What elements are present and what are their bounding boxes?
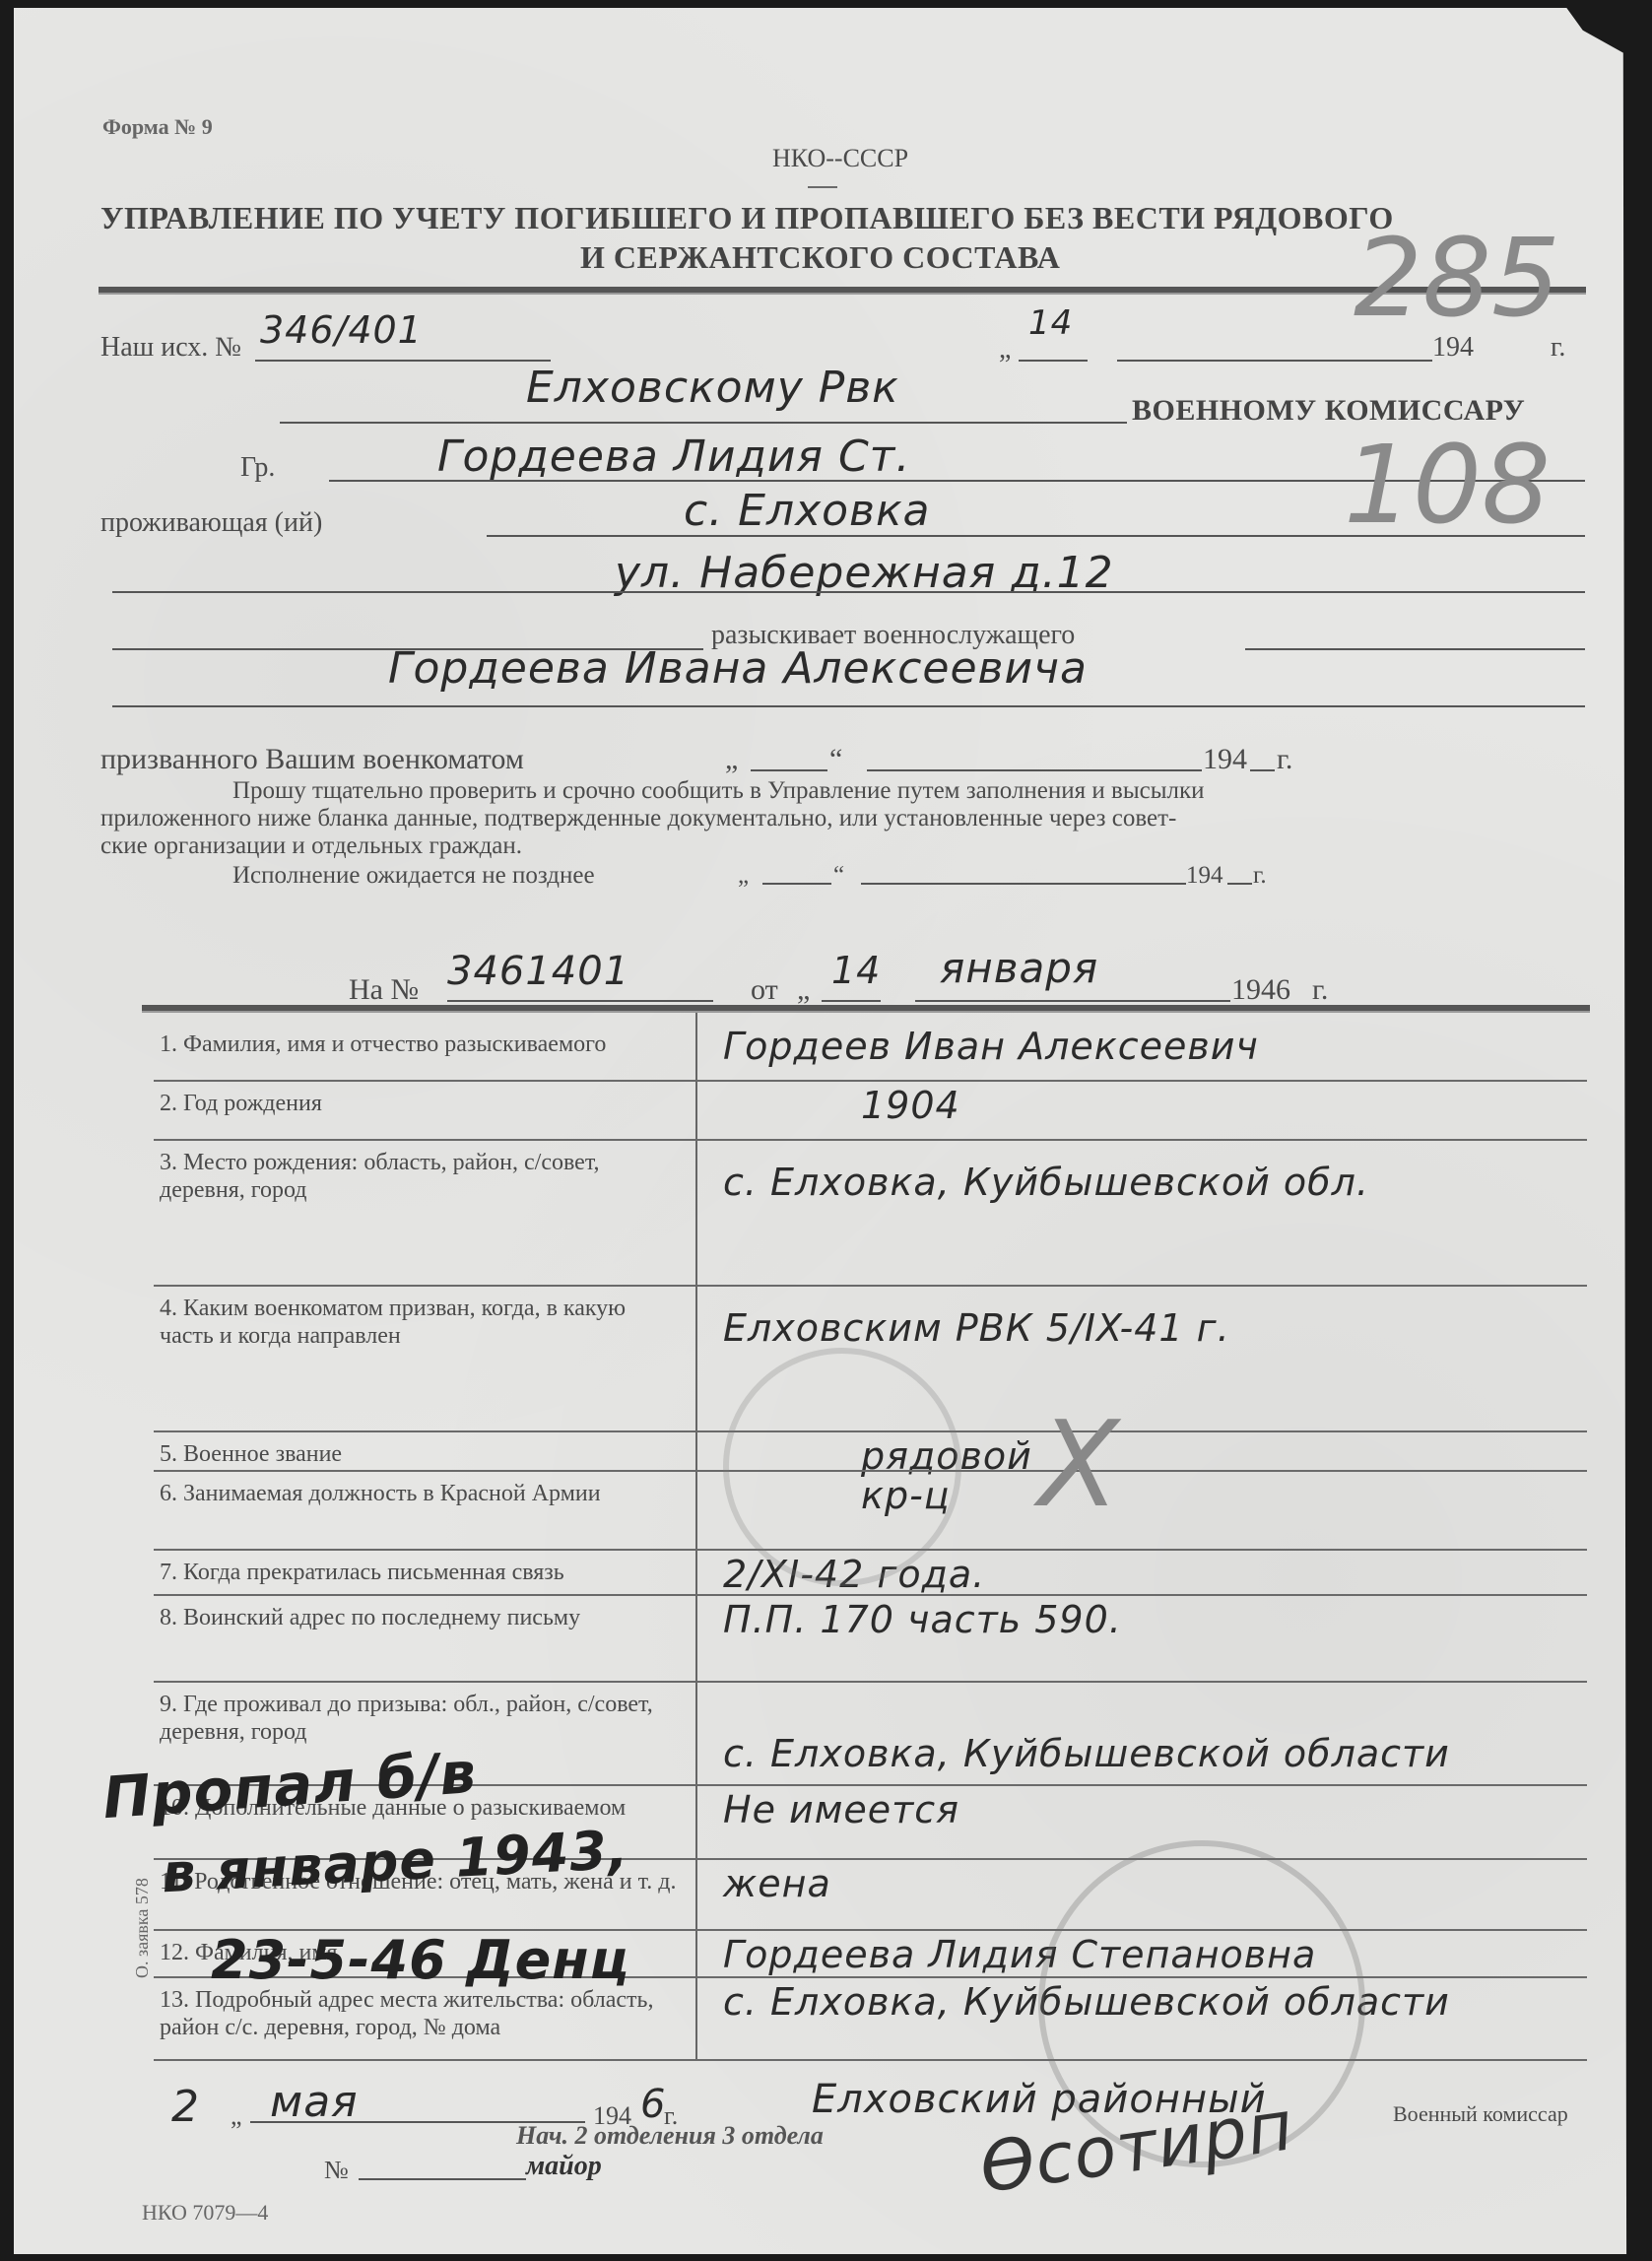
deadline-label: Исполнение ожидается не позднее [232, 861, 595, 891]
corner-number-1: 285 [1354, 215, 1560, 341]
residing-label: проживающая (ий) [100, 508, 322, 538]
table-row-value: с. Елховка, Куйбышевской области [723, 1732, 1450, 1775]
our-ref-label: Наш исх. № [100, 333, 241, 363]
faded-stamp [723, 1348, 961, 1586]
table-row-divider [154, 1681, 1587, 1683]
paragraph-line-3: ские организации и отдельных граждан. [100, 831, 522, 861]
corner-number-2: 108 [1344, 422, 1551, 548]
table-divider [695, 1013, 697, 2059]
table-row-label: 5. Военное звание [160, 1440, 682, 1468]
table-row-label: 3. Место рождения: область, район, с/сов… [160, 1149, 682, 1204]
footer-date-day: 2 [171, 2082, 200, 2132]
reply-date-month: января [940, 944, 1098, 992]
table-row-value: Елховским РВК 5/IX-41 г. [723, 1306, 1230, 1350]
commissar-recipient: Елховскому Рвк [526, 363, 899, 413]
org-name: НКО--СССР [772, 144, 908, 173]
reply-from-label: от [751, 973, 778, 1007]
margin-note-3: 23-5-46 Денц [211, 1929, 630, 1991]
footer-signatory-print: Военный комиссар [1393, 2101, 1568, 2127]
citizen-label: Гр. [240, 453, 275, 483]
footer-number-label: № [324, 2156, 349, 2185]
reply-ref-value: 3461401 [447, 949, 629, 994]
table-row-label: 6. Занимаемая должность в Красной Армии [160, 1480, 682, 1507]
citizen-value: Гордеева Лидия Ст. [437, 432, 910, 482]
serviceman-value: Гордеева Ивана Алексеевича [388, 643, 1088, 694]
our-ref-day: 14 [1028, 303, 1073, 343]
document-page: Форма № 9 НКО--СССР УПРАВЛЕНИЕ ПО УЧЕТУ … [14, 8, 1631, 2254]
table-row-value: Не имеется [723, 1788, 959, 1831]
reply-ref-label: На № [349, 973, 419, 1007]
divider [808, 186, 837, 188]
form-number: Форма № 9 [102, 114, 213, 140]
table-row-label: 7. Когда прекратилась письменная связь [160, 1559, 682, 1586]
table-row-value: 1904 [861, 1084, 960, 1127]
title-line1: УПРАВЛЕНИЕ ПО УЧЕТУ ПОГИБШЕГО И ПРОПАВШЕ… [100, 200, 1394, 236]
footer-date-month: мая [270, 2077, 359, 2127]
pencil-cross-mark: X [1038, 1397, 1119, 1534]
table-row-divider [154, 1594, 1587, 1596]
residing-value-1: с. Елховка [684, 486, 931, 536]
table-row-value: Гордеев Иван Алексеевич [723, 1025, 1259, 1068]
reply-year: 1946 [1231, 973, 1290, 1007]
reply-date-day: 14 [831, 949, 881, 992]
title-line2: И СЕРЖАНТСКОГО СОСТАВА [580, 239, 1060, 276]
table-row-value: жена [723, 1862, 831, 1905]
dept-label: Нач. 2 отделения 3 отдела [516, 2121, 824, 2151]
table-row-divider [154, 2059, 1587, 2061]
table-row-divider [154, 1139, 1587, 1141]
table-row-value: с. Елховка, Куйбышевской обл. [723, 1161, 1369, 1204]
table-row-label: 1. Фамилия, имя и отчество разыскиваемог… [160, 1031, 682, 1058]
rank-label: майор [526, 2151, 602, 2182]
reply-rule [142, 1005, 1590, 1013]
table-row-label: 9. Где проживал до призыва: обл., район,… [160, 1691, 682, 1746]
drafted-label: призванного Вашим военкоматом [100, 743, 524, 776]
table-row-label: 4. Каким военкоматом призван, когда, в к… [160, 1295, 682, 1350]
vertical-margin-text: О. заявка 578 [132, 1878, 153, 1978]
paragraph-line-2: приложенного ниже бланка данные, подтвер… [100, 804, 1176, 833]
table-row-divider [154, 1285, 1587, 1287]
table-row-label: 13. Подробный адрес места жительства: об… [160, 1986, 682, 2041]
table-row-label: 2. Год рождения [160, 1090, 682, 1117]
paragraph-line-1: Прошу тщательно проверить и срочно сообщ… [232, 776, 1205, 806]
table-row-value: П.П. 170 часть 590. [723, 1598, 1122, 1641]
table-row-label: 8. Воинский адрес по последнему письму [160, 1604, 682, 1631]
our-ref-value: 346/401 [260, 308, 423, 352]
print-code: НКО 7079—4 [142, 2200, 268, 2226]
table-row-divider [154, 1080, 1587, 1082]
